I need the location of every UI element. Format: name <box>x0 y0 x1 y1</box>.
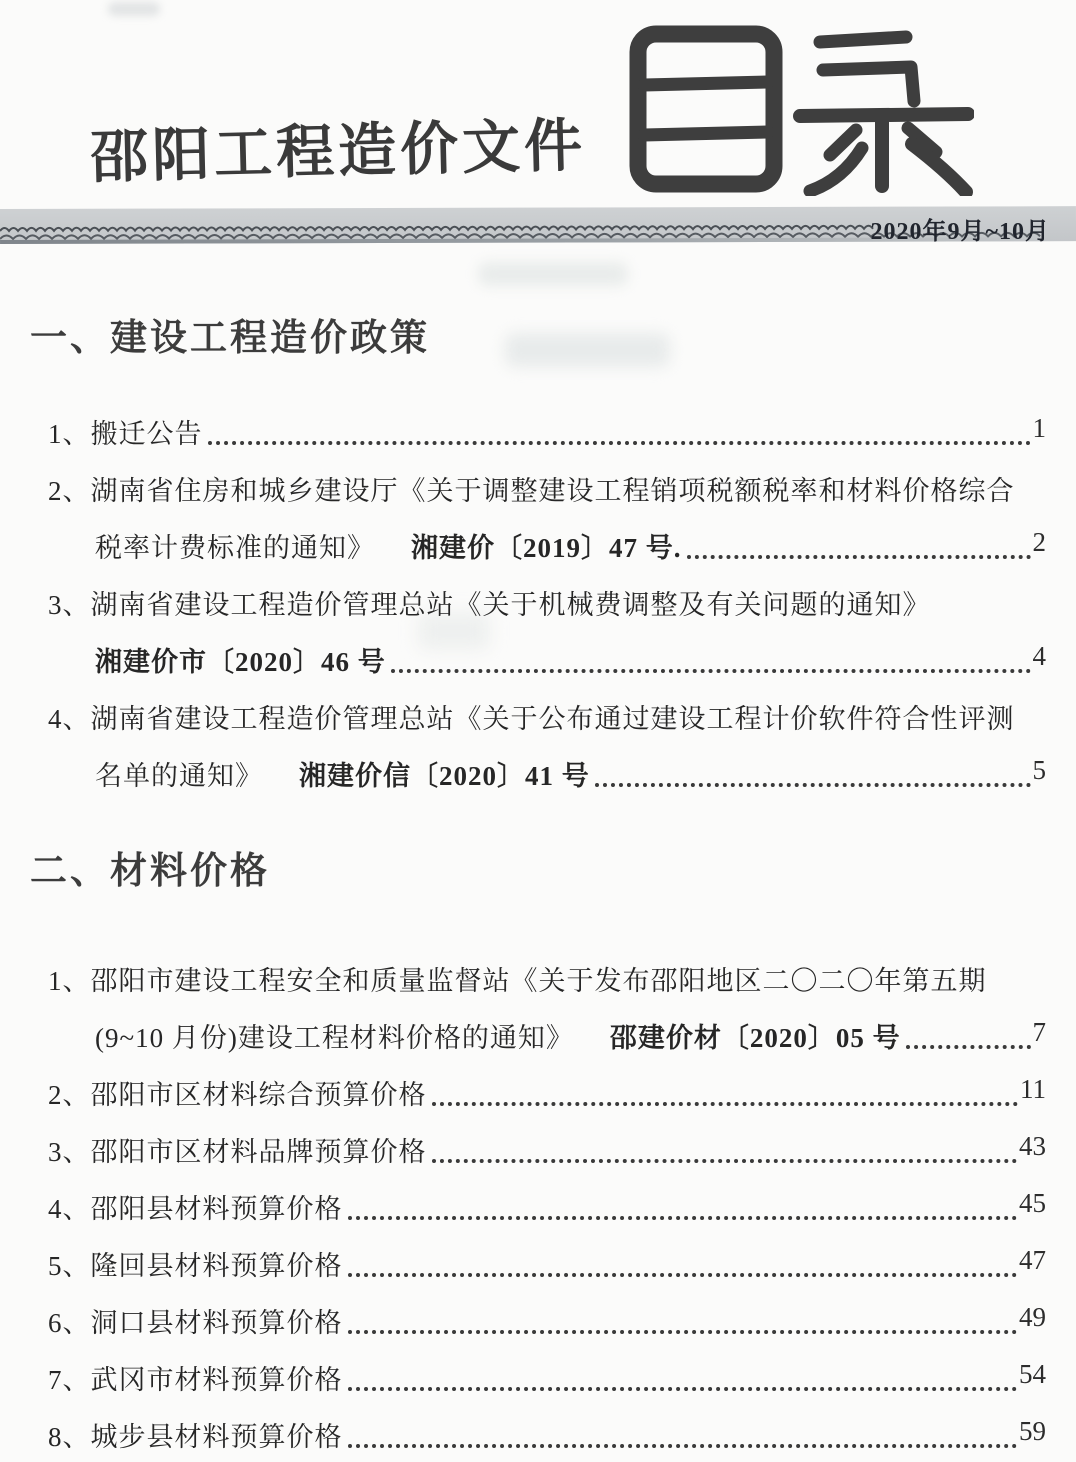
dot-leader <box>348 1387 1018 1391</box>
dot-leader <box>348 1330 1018 1334</box>
dot-leader <box>432 1102 1019 1106</box>
toc-section: 二、材料价格1、邵阳市建设工程安全和质量监督站《关于发布邵阳地区二〇二〇年第五期… <box>30 849 1046 1458</box>
toc-entry-line: 名单的通知》湘建价信〔2020〕41 号5 <box>48 740 1046 797</box>
entry-page-number: 54 <box>1019 1361 1046 1388</box>
toc-entry-line: 2、湖南省住房和城乡建设厅《关于调整建设工程销项税额税率和材料价格综合 <box>48 455 1046 512</box>
dot-leader <box>595 783 1031 787</box>
dot-leader <box>348 1216 1018 1220</box>
entry-text: 1、邵阳市建设工程安全和质量监督站《关于发布邵阳地区二〇二〇年第五期 <box>48 968 987 995</box>
entry-text: (9~10 月份)建设工程材料价格的通知》 <box>95 1025 574 1052</box>
entry-text: 7、武冈市材料预算价格 <box>48 1367 343 1394</box>
toc-list: 1、邵阳市建设工程安全和质量监督站《关于发布邵阳地区二〇二〇年第五期(9~10 … <box>30 945 1046 1458</box>
toc-section: 一、建设工程造价政策1、搬迁公告12、湖南省住房和城乡建设厅《关于调整建设工程销… <box>30 316 1046 797</box>
entry-page-number: 4 <box>1033 643 1047 670</box>
section-heading: 二、材料价格 <box>30 849 1046 893</box>
entry-page-number: 7 <box>1033 1019 1047 1046</box>
entry-text: 4、邵阳县材料预算价格 <box>48 1196 343 1223</box>
entry-page-number: 1 <box>1033 415 1047 442</box>
entry-text: 税率计费标准的通知》 <box>95 535 375 562</box>
toc-list: 1、搬迁公告12、湖南省住房和城乡建设厅《关于调整建设工程销项税额税率和材料价格… <box>30 398 1046 797</box>
dot-leader <box>348 1273 1018 1277</box>
mulu-characters-icon <box>624 24 974 196</box>
entry-page-number: 5 <box>1033 757 1047 784</box>
toc-entry-line: 5、隆回县材料预算价格47 <box>48 1230 1046 1287</box>
toc-entry-line: 3、湖南省建设工程造价管理总站《关于机械费调整及有关问题的通知》 <box>48 569 1046 626</box>
toc-entry-line: 湘建价市〔2020〕46 号4 <box>48 626 1046 683</box>
entry-page-number: 49 <box>1019 1304 1046 1331</box>
page-title: 邵阳工程造价文件 <box>89 98 587 194</box>
entry-page-number: 45 <box>1019 1190 1046 1217</box>
toc-entry-line: 2、邵阳市区材料综合预算价格11 <box>48 1059 1046 1116</box>
entry-page-number: 59 <box>1019 1418 1046 1445</box>
entry-doc-number: 湘建价〔2019〕47 号. <box>411 535 682 562</box>
entry-text: 8、城步县材料预算价格 <box>48 1424 343 1451</box>
dot-leader <box>348 1444 1018 1448</box>
entry-text: 2、邵阳市区材料综合预算价格 <box>48 1082 427 1109</box>
toc-entry-line: 7、武冈市材料预算价格54 <box>48 1344 1046 1401</box>
toc-body: 一、建设工程造价政策1、搬迁公告12、湖南省住房和城乡建设厅《关于调整建设工程销… <box>30 316 1046 1458</box>
entry-doc-number: 湘建价信〔2020〕41 号 <box>299 763 590 790</box>
entry-text: 5、隆回县材料预算价格 <box>48 1253 343 1280</box>
entry-text: 2、湖南省住房和城乡建设厅《关于调整建设工程销项税额税率和材料价格综合 <box>48 478 1015 505</box>
entry-text: 4、湖南省建设工程造价管理总站《关于公布通过建设工程计价软件符合性评测 <box>48 706 1015 733</box>
dot-leader <box>208 441 1031 445</box>
dot-leader <box>687 555 1031 559</box>
toc-entry-line: 3、邵阳市区材料品牌预算价格43 <box>48 1116 1046 1173</box>
issue-date: 2020年9月~10月 <box>871 211 1050 246</box>
entry-page-number: 47 <box>1019 1247 1046 1274</box>
entry-text: 6、洞口县材料预算价格 <box>48 1310 343 1337</box>
toc-entry-line: 1、搬迁公告1 <box>48 398 1046 455</box>
scan-artifact <box>108 2 160 16</box>
entry-text: 名单的通知》 <box>95 763 263 790</box>
dot-leader <box>391 669 1031 673</box>
entry-text: 3、邵阳市区材料品牌预算价格 <box>48 1139 427 1166</box>
dot-leader <box>906 1045 1031 1049</box>
entry-text: 3、湖南省建设工程造价管理总站《关于机械费调整及有关问题的通知》 <box>48 592 931 619</box>
entry-text: 1、搬迁公告 <box>48 421 203 448</box>
toc-entry-line: 4、湖南省建设工程造价管理总站《关于公布通过建设工程计价软件符合性评测 <box>48 683 1046 740</box>
toc-entry-line: 8、城步县材料预算价格59 <box>48 1401 1046 1458</box>
toc-entry-line: (9~10 月份)建设工程材料价格的通知》邵建价材〔2020〕05 号7 <box>48 1002 1046 1059</box>
toc-logo: 目录 <box>624 24 974 196</box>
toc-entry-line: 6、洞口县材料预算价格49 <box>48 1287 1046 1344</box>
dot-leader <box>432 1159 1018 1163</box>
section-heading: 一、建设工程造价政策 <box>30 316 1046 360</box>
entry-page-number: 2 <box>1033 529 1047 556</box>
entry-doc-number: 邵建价材〔2020〕05 号 <box>610 1025 901 1052</box>
entry-page-number: 11 <box>1020 1076 1046 1103</box>
toc-entry-line: 4、邵阳县材料预算价格45 <box>48 1173 1046 1230</box>
entry-page-number: 43 <box>1019 1133 1046 1160</box>
toc-entry-line: 税率计费标准的通知》湘建价〔2019〕47 号.2 <box>48 512 1046 569</box>
scan-artifact <box>478 262 628 286</box>
entry-doc-number: 湘建价市〔2020〕46 号 <box>95 649 386 676</box>
toc-entry-line: 1、邵阳市建设工程安全和质量监督站《关于发布邵阳地区二〇二〇年第五期 <box>48 945 1046 1002</box>
